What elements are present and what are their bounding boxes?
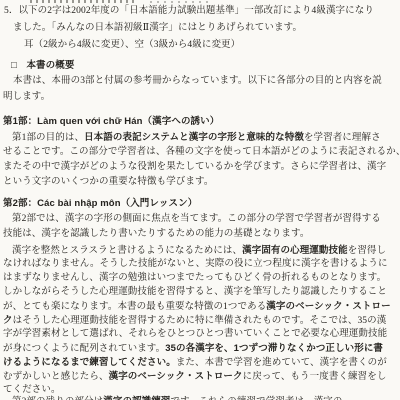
part1-para-line1: 第1部の目的は、日本語の表記システムと漢字の字形と意味的な特徴を学習者に理解さ: [12, 132, 381, 144]
part2-para2-line8-seg0: が身につくように配列されています。: [3, 344, 165, 354]
part2-para2-line4-seg0: しかしながらそうした心理運動技能を習得すると、漢字を筆写したり認識したりすること: [3, 287, 387, 297]
part2-para1-line2-seg0: 技能は、漢字を認識したり書いたりするための能力の基礎となります。: [3, 229, 309, 239]
part2-para2-line5-seg0: が、とても楽になります。本書の最も重要な特徴の1つである: [3, 302, 266, 312]
part2-heading: 第2部：Các bài nhập môn（入門レッスン）: [3, 198, 197, 209]
part2-para2-line11: てください。: [3, 385, 61, 396]
clipped-line-top: [30, 0, 138, 3]
part1-para-line2-seg0: せることです。この部分で学習者は、各種の文字を使って日本語がどのように表記される…: [3, 147, 400, 157]
part2-para2-line10: むずかしいと感じたら、漢字のベーシック・ストロークに戻って、もう一度書く練習をし: [3, 371, 386, 383]
part1-para-line3-seg0: またその中で漢字がどのような役割を果たしているかを学びます。さらに学習者は、漢字: [3, 162, 386, 172]
part2-para2-line9: けるようになるまで練習してください。また、本書で学習を進めていて、漢字を書くのが: [3, 357, 387, 369]
part2-para2-line3-seg0: はまずなりませんし、漢字の勉強はいつまでたってもひどく骨の折れるものとなります。: [3, 273, 386, 283]
part2-para1-line1: 第2部では、漢字の字形の側面に焦点を当てます。この部分の学習で学習者が習得する: [12, 214, 381, 225]
part2-para1-line2: 技能は、漢字を認識したり書いたりするための能力の基礎となります。: [3, 229, 309, 240]
overview-para-line2-seg0: 明します。: [3, 92, 50, 102]
part2-para2-line6: クはそうした心理運動技能を習得するために特に準備されたものです。そこでは、35の…: [3, 315, 386, 327]
part1-para-line4: という文字のいくつかの重要な特徴も学びます。: [3, 177, 213, 188]
part2-para2-line6-seg1: はそうした心理運動技能を習得するために特に準備されたものです。そこでは、35の漢: [13, 316, 387, 326]
note-5-line1-seg0: 5．以下の2字は2002年度の「日本語能力試験出題基準」一部改訂により4級漢字に…: [4, 6, 374, 16]
part2-para3-clipped-line: 第2部の残りの部分は漢字の認識練習です。これらの練習で学習者は、漢字の: [12, 396, 343, 400]
part2-para2-line5-seg1: 漢字のベーシック・ストロー: [266, 301, 390, 312]
part1-para-line1-seg1: 日本語の表記システムと漢字の字形と意味的な特徴: [84, 132, 304, 143]
overview-section-heading: □ 本書の概要: [11, 60, 74, 71]
part2-para2-line4: しかしながらそうした心理運動技能を習得すると、漢字を筆写したり認識したりすること: [3, 287, 387, 298]
part1-para-line1-seg2: を学習者に理解さ: [304, 133, 381, 143]
note-5-line1: 5．以下の2字は2002年度の「日本語能力試験出題基準」一部改訂により4級漢字に…: [4, 6, 374, 17]
part2-para2-line9-seg0: けるようになるまで練習してください。: [3, 357, 176, 368]
part2-para2-line1-seg2: を習得し: [348, 246, 386, 256]
part2-para2-line8-seg1: 35の各漢字を、1つずつ滞りなくかつ正しい形に書: [165, 343, 383, 354]
part1-para-line1-seg0: 第1部の目的は、: [12, 133, 84, 143]
overview-para-line2: 明します。: [3, 92, 50, 103]
part2-para2-line7-seg0: 字が学習素材として選ばれ、それらをひとつひとつ書いていくことで必要な心理運動技能: [3, 329, 387, 339]
part2-para2-line11-seg0: てください。: [3, 385, 61, 395]
part1-para-line4-seg0: という文字のいくつかの重要な特徴も学びます。: [3, 177, 213, 187]
overview-para-line1-seg0: 本書は、本冊の3部と付属の参考冊からなっています。以下に各部分の目的と内容を説: [13, 76, 382, 86]
part2-para2-line9-seg1: また、本書で学習を進めていて、漢字を書くのが: [176, 358, 387, 368]
part2-para2-line8: が身につくように配列されています。35の各漢字を、1つずつ滞りなくかつ正しい形に…: [3, 343, 383, 355]
part2-para3-clipped-line-seg1: 漢字の認識練習: [103, 396, 170, 400]
part2-para2-line2: なければなりません。そうした技能がないと、実際の役に立つ程度に漢字を書けるように: [3, 259, 388, 270]
part2-heading-seg0: 第2部：Các bài nhập môn（入門レッスン）: [3, 198, 197, 209]
part2-para1-line1-seg0: 第2部では、漢字の字形の側面に焦点を当てます。この部分の学習で学習者が習得する: [12, 214, 381, 224]
part2-para2-line2-seg0: なければなりません。そうした技能がないと、実際の役に立つ程度に漢字を書けるように: [3, 259, 388, 269]
note-5-kanji-changes: 耳（2級から4級に変更）、空（3級から4級に変更）: [24, 40, 240, 51]
part1-heading: 第1部：Làm quen với chữ Hán（漢字への誘い）: [3, 116, 219, 127]
scanned-document-page: 5．以下の2字は2002年度の「日本語能力試験出題基準」一部改訂により4級漢字に…: [0, 0, 400, 400]
clipped-line-top-right: [150, 1, 210, 3]
part2-para2-line5: が、とても楽になります。本書の最も重要な特徴の1つである漢字のベーシック・ストロ…: [3, 301, 391, 313]
part1-heading-seg0: 第1部：Làm quen với chữ Hán（漢字への誘い）: [3, 116, 219, 127]
part2-para2-line6-seg0: ク: [3, 315, 13, 326]
part2-para2-line10-seg2: に戻って、もう一度書く練習をし: [243, 372, 387, 382]
part2-para2-line10-seg0: むずかしいと感じたら、: [3, 372, 109, 382]
note-5-kanji-changes-seg0: 耳（2級から4級に変更）、空（3級から4級に変更）: [24, 40, 240, 50]
part2-para2-line3: はまずなりませんし、漢字の勉強はいつまでたってもひどく骨の折れるものとなります。: [3, 273, 386, 284]
overview-para-line1: 本書は、本冊の3部と付属の参考冊からなっています。以下に各部分の目的と内容を説: [13, 76, 382, 87]
part2-para2-line7: 字が学習素材として選ばれ、それらをひとつひとつ書いていくことで必要な心理運動技能: [3, 329, 387, 340]
part1-para-line3: またその中で漢字がどのような役割を果たしているかを学びます。さらに学習者は、漢字: [3, 162, 386, 173]
overview-section-heading-seg0: □ 本書の概要: [11, 60, 74, 71]
part2-para2-line1: 漢字を整然とスラスラと書けるようになるためには、漢字固有の心理運動技能を習得し: [12, 245, 386, 257]
note-5-line2: ました。「みんなの日本語初級Ⅱ漢字」にはとりあげられています。: [13, 23, 302, 34]
part2-para2-line1-seg1: 漢字固有の心理運動技能: [242, 245, 348, 256]
note-5-line2-seg0: ました。「みんなの日本語初級Ⅱ漢字」にはとりあげられています。: [13, 23, 302, 33]
part2-para2-line10-seg1: 漢字のベーシック・ストローク: [109, 371, 243, 382]
part1-para-line2: せることです。この部分で学習者は、各種の文字を使って日本語がどのように表記される…: [3, 147, 400, 158]
part2-para2-line1-seg0: 漢字を整然とスラスラと書けるようになるためには、: [12, 246, 242, 256]
